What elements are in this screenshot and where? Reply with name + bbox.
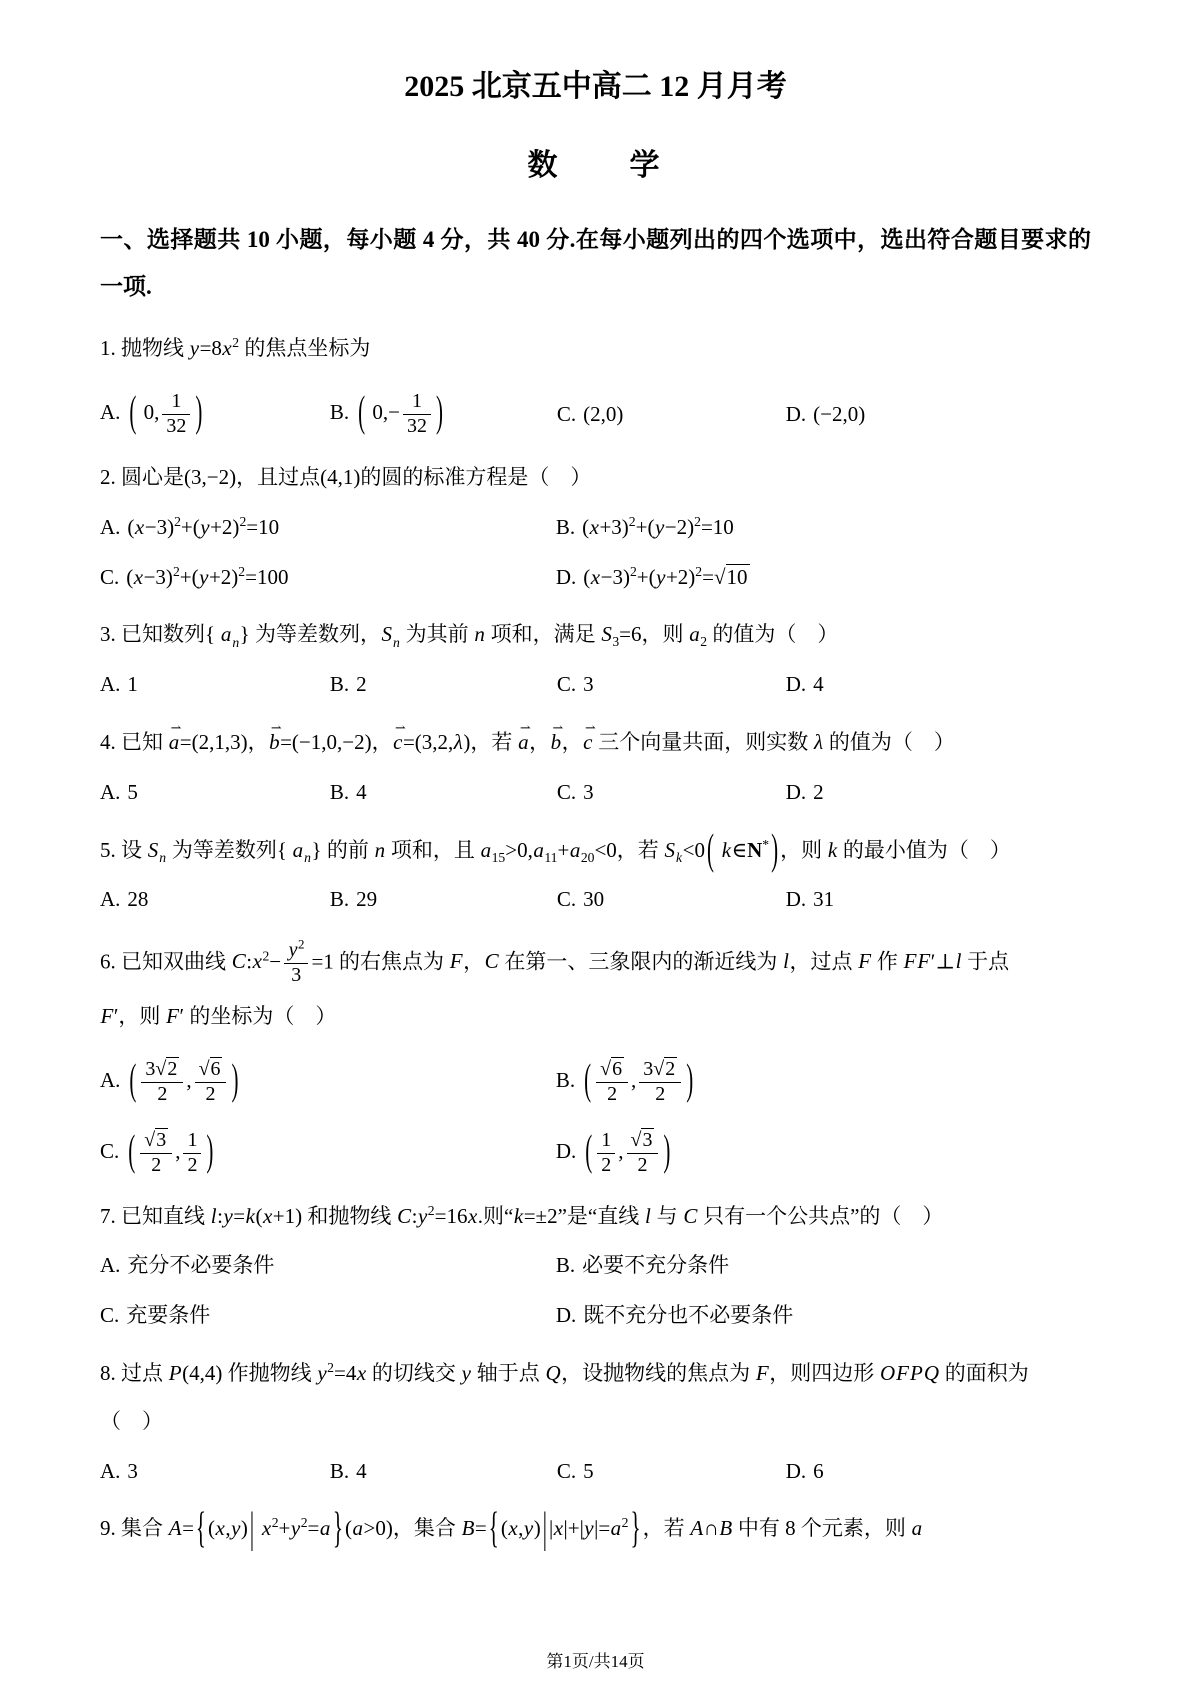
- option-label: A.: [100, 780, 120, 804]
- option-label: D.: [786, 672, 806, 696]
- question-3-options: A.1 B.2 C.3 D.4: [100, 666, 1091, 704]
- option-math: 29: [356, 887, 377, 911]
- option-label: D.: [786, 402, 806, 426]
- option-math: (12,√32): [583, 1139, 672, 1163]
- question-2-stem: 2. 圆心是(3,−2)，且过点(4,1)的圆的标准方程是（ ）: [100, 459, 1091, 497]
- question-6-stem: 6. 已知双曲线 C:x2−y23=1 的右焦点为 F，C 在第一、三象限内的渐…: [100, 939, 1091, 988]
- option-label: D.: [786, 780, 806, 804]
- option-math: ( 0,−132): [356, 400, 445, 424]
- question-7-options-row1: A.充分不必要条件 B.必要不充分条件: [100, 1247, 1091, 1285]
- option: D.(x−3)2+(y+2)2=√10: [556, 559, 1091, 597]
- option-label: B.: [330, 672, 349, 696]
- option: C.(x−3)2+(y+2)2=100: [100, 559, 556, 597]
- option-label: A.: [100, 672, 120, 696]
- option: A.28: [100, 881, 330, 919]
- option-math: 30: [583, 887, 604, 911]
- option: B.2: [330, 666, 557, 704]
- option: B.4: [330, 774, 557, 812]
- option-math: (x−3)2+(y+2)2=100: [126, 565, 288, 589]
- option-label: C.: [557, 402, 576, 426]
- page-number: 第1页/共14页: [0, 1647, 1191, 1672]
- option-label: B.: [330, 400, 349, 424]
- option-math: 5: [583, 1459, 594, 1483]
- option: B.29: [330, 881, 557, 919]
- option: A.(3√22,√62): [100, 1058, 556, 1107]
- exam-subject: 数 学: [100, 140, 1091, 184]
- question-4-options: A.5 B.4 C.3 D.2: [100, 774, 1091, 812]
- option-label: D.: [786, 1459, 806, 1483]
- question-1-stem: 1. 抛物线 y=8x2 的焦点坐标为: [100, 330, 1091, 368]
- option: B.(√62,3√22): [556, 1058, 1091, 1107]
- question-9-stem: 9. 集合 A={(x,y)| x2+y2=a}(a>0)，集合 B={(x,y…: [100, 1510, 1091, 1548]
- option-label: C.: [100, 1303, 119, 1327]
- option: D.31: [786, 881, 1091, 919]
- question-8-stem: 8. 过点 P(4,4) 作抛物线 y2=4x 的切线交 y 轴于点 Q，设抛物…: [100, 1355, 1091, 1393]
- option-math: 3: [583, 672, 594, 696]
- question-7-options-row2: C.充要条件 D.既不充分也不必要条件: [100, 1297, 1091, 1335]
- option: C.(2,0): [557, 396, 786, 434]
- option-label: A.: [100, 1068, 120, 1092]
- option-math: ( 0,132): [127, 400, 204, 424]
- question-6-options-row1: A.(3√22,√62) B.(√62,3√22): [100, 1058, 1091, 1107]
- question-2-options-row2: C.(x−3)2+(y+2)2=100 D.(x−3)2+(y+2)2=√10: [100, 559, 1091, 597]
- option: D.6: [786, 1453, 1091, 1491]
- question-4-stem: 4. 已知 a⇀=(2,1,3)，b⇀=(−1,0,−2)，c⇀=(3,2,λ)…: [100, 724, 1091, 762]
- option-math: (x−3)2+(y+2)2=10: [127, 515, 279, 539]
- option-math: 5: [127, 780, 138, 804]
- option-math: (x−3)2+(y+2)2=√10: [583, 565, 749, 589]
- option-label: B.: [556, 1068, 575, 1092]
- option-label: D.: [556, 1303, 576, 1327]
- option: C.充要条件: [100, 1297, 556, 1335]
- option: D.(12,√32): [556, 1129, 1091, 1178]
- question-8-options: A.3 B.4 C.5 D.6: [100, 1453, 1091, 1491]
- option-math: 充分不必要条件: [127, 1253, 274, 1277]
- exam-page: 2025 北京五中高二 12 月月考 数 学 一、选择题共 10 小题，每小题 …: [0, 0, 1191, 1684]
- option: B.必要不充分条件: [556, 1247, 1091, 1285]
- option-math: (√62,3√22): [582, 1068, 695, 1092]
- option-label: D.: [556, 1139, 576, 1163]
- option: B.(x+3)2+(y−2)2=10: [556, 509, 1091, 547]
- question-1-options: A.( 0,132) B.( 0,−132) C.(2,0) D.(−2,0): [100, 390, 1091, 439]
- question-8-stem-continued: （ ）: [100, 1403, 1091, 1441]
- option: C.30: [557, 881, 786, 919]
- option: A.(x−3)2+(y+2)2=10: [100, 509, 556, 547]
- option-math: 1: [127, 672, 138, 696]
- option-label: C.: [557, 887, 576, 911]
- option-label: A.: [100, 515, 120, 539]
- question-5-options: A.28 B.29 C.30 D.31: [100, 881, 1091, 919]
- option: D.2: [786, 774, 1091, 812]
- option: A.5: [100, 774, 330, 812]
- option: D.(−2,0): [786, 396, 1091, 434]
- option: A.3: [100, 1453, 330, 1491]
- option-math: 6: [813, 1459, 824, 1483]
- option-label: C.: [557, 780, 576, 804]
- question-6-options-row2: C.(√32,12) D.(12,√32): [100, 1129, 1091, 1178]
- option-label: B.: [556, 1253, 575, 1277]
- section-heading: 一、选择题共 10 小题，每小题 4 分，共 40 分.在每小题列出的四个选项中…: [100, 216, 1091, 310]
- option: B.4: [330, 1453, 557, 1491]
- option-label: A.: [100, 1253, 120, 1277]
- option-label: B.: [330, 1459, 349, 1483]
- option: C.(√32,12): [100, 1129, 556, 1178]
- option-label: B.: [330, 887, 349, 911]
- option-math: 31: [813, 887, 834, 911]
- question-3-stem: 3. 已知数列{ an} 为等差数列，Sn 为其前 n 项和，满足 S3=6，则…: [100, 616, 1091, 654]
- option-label: A.: [100, 887, 120, 911]
- option-label: C.: [557, 672, 576, 696]
- option: A.( 0,132): [100, 390, 330, 439]
- option-math: (3√22,√62): [127, 1068, 240, 1092]
- option-math: 充要条件: [126, 1303, 210, 1327]
- option: B.( 0,−132): [330, 390, 557, 439]
- option-label: A.: [100, 400, 120, 424]
- option: C.5: [557, 1453, 786, 1491]
- question-7-stem: 7. 已知直线 l:y=k(x+1) 和抛物线 C:y2=16x.则“k=±2”…: [100, 1198, 1091, 1236]
- question-6-stem-continued: F′，则 F′ 的坐标为（ ）: [100, 998, 1091, 1036]
- option: A.1: [100, 666, 330, 704]
- option-math: 4: [813, 672, 824, 696]
- option: C.3: [557, 666, 786, 704]
- option-math: 4: [356, 780, 367, 804]
- option-math: 既不充分也不必要条件: [583, 1303, 793, 1327]
- option-math: 2: [813, 780, 824, 804]
- option: A.充分不必要条件: [100, 1247, 556, 1285]
- option-math: 必要不充分条件: [582, 1253, 729, 1277]
- question-5-stem: 5. 设 Sn 为等差数列{ an} 的前 n 项和，且 a15>0,a11+a…: [100, 832, 1091, 870]
- option-label: D.: [556, 565, 576, 589]
- option-math: 3: [127, 1459, 138, 1483]
- option-math: 2: [356, 672, 367, 696]
- option-label: B.: [330, 780, 349, 804]
- option: C.3: [557, 774, 786, 812]
- exam-title: 2025 北京五中高二 12 月月考: [100, 66, 1091, 108]
- option-label: C.: [557, 1459, 576, 1483]
- question-2-options-row1: A.(x−3)2+(y+2)2=10 B.(x+3)2+(y−2)2=10: [100, 509, 1091, 547]
- option-label: A.: [100, 1459, 120, 1483]
- option-math: 4: [356, 1459, 367, 1483]
- option-math: (−2,0): [813, 402, 865, 426]
- option-label: C.: [100, 565, 119, 589]
- option-math: (√32,12): [126, 1139, 215, 1163]
- option-math: (x+3)2+(y−2)2=10: [582, 515, 734, 539]
- option: D.4: [786, 666, 1091, 704]
- option-label: C.: [100, 1139, 119, 1163]
- option: D.既不充分也不必要条件: [556, 1297, 1091, 1335]
- option-label: B.: [556, 515, 575, 539]
- option-label: D.: [786, 887, 806, 911]
- option-math: (2,0): [583, 402, 623, 426]
- option-math: 28: [127, 887, 148, 911]
- option-math: 3: [583, 780, 594, 804]
